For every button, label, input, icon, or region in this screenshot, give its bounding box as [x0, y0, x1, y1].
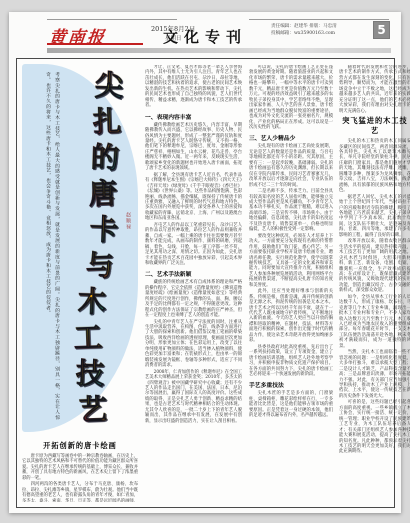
body-paragraph: 藏传佛教绘画艺术历史悠久、内容丰富，早期随佛教传入而兴盛，它以佛经故事、历史人物…: [145, 123, 242, 172]
title-character: 唐: [88, 176, 117, 213]
body-paragraph: 2008年，仁青加创作的《释迦牟尼》在全国工艺美术大师精品展上荣获金奖；2010…: [145, 370, 242, 425]
article-intro-vertical: 考察尖扎的唐卡与木工技艺，给人最大的感受就是创新与发展，就是发展的新度与前景的广…: [25, 72, 61, 420]
header-rule-left: [47, 19, 177, 20]
bottom-left-text: 唐卡原为西藏写等画卷中的一种宗教卷轴画，在历史上，它以其独特的艺术风格和不可替代…: [22, 454, 138, 502]
title-character: 与: [85, 248, 114, 285]
text-column-3: 随着时代的发展和社会的进步，唐卡艺术的制作方式、传承方式和经营方式都在发生深刻的…: [339, 65, 410, 502]
title-character: 尖: [94, 68, 123, 105]
text-column-2: 可以说，尖扎的唐卡绘画工艺正处在蓬勃发展的黄金时期。随着旅游业的兴起和文化市场的…: [249, 65, 333, 502]
body-paragraph: 尖扎木匠的手艺是多方面的，门窗梁柱、桌椅箱柜、雕花彩绘样样在行，一专多能者比比皆…: [249, 391, 333, 418]
title-character: 艺: [78, 392, 107, 429]
page-number-badge: 5: [373, 21, 390, 39]
title-character: 技: [75, 356, 104, 393]
submission-email: 投稿邮箱：wx35900163.com: [271, 31, 369, 38]
body-paragraph: 尖扎的中青年艺人在严守法度的同时，注重从生活中汲取营养，在构图、色彩、线条等方面…: [145, 320, 242, 369]
text-column-1: 才让、正文笔、夏吾才郎等老一辈艺人享誉海内外，其中有维人士尤为引人注目。青年艺人…: [145, 65, 242, 502]
title-panel: 考察尖扎的唐卡与木工技艺，给人最大的感受就是创新与发展，就是发展的新度与前景的广…: [22, 64, 138, 432]
body-paragraph: 四河两沟的各类唐卡艺人，分布于马克唐、康杨、坎布拉、昂拉、尖扎滩等乡镇，星罗棋布…: [22, 482, 138, 502]
section-heading: 手艺多重技法: [249, 380, 333, 389]
body-paragraph: 随着时代的发展和社会的进步，唐卡艺术的制作方式、传承方式和经营方式都在发生深刻的…: [339, 65, 410, 114]
body-paragraph: 二是名师不多，传承乏力。目前全县具有较高知名度的艺人屈指可数，能够独立完成大型作…: [249, 189, 333, 233]
body-paragraph: 才让、正文笔、夏吾才郎等老一辈艺人享誉海内外，其中有维人士尤为引人注目。青年艺人…: [145, 65, 242, 109]
newspaper-sheet: 黄南报 2015年8月2日 星期日 文化专刊 责任编辑：赵建华 排版：马忠清 投…: [9, 12, 401, 513]
section-heading: 三、艺人少精品少: [249, 133, 333, 142]
body-paragraph: 据老艺人回忆，尖扎木工的兴盛始于上个世纪四十年代，当时昂拉千户的宫殿和附近寺院的…: [339, 195, 410, 239]
title-character: 的: [90, 140, 119, 177]
body-paragraph: 藏族的传统绘画艺术有自成体系的理论和严格的操作程序，它完全依照《造像量度经》《佛…: [145, 280, 242, 318]
body-paragraph: 据了解，全县现有唐卡艺人近百名，代表作品有《释迦牟尼本生图》《宗喀巴大师传》《四…: [145, 173, 242, 222]
body-paragraph: 当然，尖扎木工也面临着一些不容忽视的问题：一是组织化程度低，大多单打独斗，难以承…: [339, 350, 410, 399]
body-paragraph: 唐卡原为西藏写等画卷中的一种宗教卷轴画，在历史上，它以其独特的艺术风格和不可替代…: [22, 454, 138, 481]
article-frame: 考察尖扎的唐卡与木工技艺，给人最大的感受就是创新与发展，就是发展的新度与前景的广…: [16, 58, 395, 508]
body-paragraph: 此外，还应当处理好继承与创新的关系。传统是根，创新是魂，离开传统的创新是无源之水…: [249, 289, 333, 344]
body-paragraph: 可以说，尖扎的唐卡绘画工艺正处在蓬勃发展的黄金时期。随着旅游业的兴起和文化市场的…: [249, 65, 333, 130]
body-paragraph: 县委县政府对此高度重视，先后出台了一系列扶持政策，设立了专项资金，建立了唐卡绘画…: [249, 345, 333, 378]
article-author: 赵顺禄: [125, 212, 132, 230]
title-character: 卡: [89, 212, 118, 249]
section-heading-thangka-innovation: 开拓创新的唐卡绘画: [22, 441, 138, 451]
header-divider-band: [47, 48, 391, 53]
title-character: 扎: [92, 104, 121, 141]
body-paragraph: 如今，全县从事木工行业的人员达数千人，形成了康杨、坎布拉、马克唐等几个木工专业乡…: [339, 295, 410, 350]
body-paragraph: 吾屯艺人的作品以工笔重彩见长，尕沙日艺人的作品以写意传神取胜，昂拉艺人的作品则兼…: [145, 223, 242, 267]
body-paragraph: 尖扎的木工和热贡的木工同属安多藏区的民间技艺，两者同源异流，各具特色。尖扎木工以…: [339, 139, 410, 194]
bottom-left-section: 开拓创新的唐卡绘画 唐卡原为西藏写等画卷中的一种宗教卷轴画，在历史上，它以其独特…: [22, 439, 138, 502]
section-heading: 突飞猛进的木工技艺: [339, 116, 410, 136]
header-rule-right: [249, 19, 389, 20]
title-character: 工: [73, 320, 102, 357]
editor-info: 责任编辑：赵建华 排版：马忠清 投稿邮箱：wx35900163.com: [271, 24, 369, 37]
body-paragraph: 改革开放以来，随着农牧区群众生活水平的提高，建房热持续升温，木工技艺有了更加广阔…: [339, 239, 410, 294]
section-heading: 一、表现内容丰富: [145, 112, 242, 121]
body-paragraph: 可喜的是，这些问题已经引起各方面的高度重视，一些乡镇成立了木工协会，实行统一接活…: [339, 400, 410, 455]
newspaper-page: { "header": { "paper_name": "黄南报", "date…: [0, 0, 410, 523]
body-paragraph: 要改变这种状况，必须在人才培养上下功夫。一方面要充分发挥现有名师的传帮带作用，鼓…: [249, 234, 333, 289]
article-title-calligraphy: 尖扎的唐卡与木工技艺: [66, 68, 124, 428]
title-character: 木: [77, 284, 106, 321]
section-heading: 二、艺术手法新颖: [145, 269, 242, 278]
body-paragraph: 尖扎现有的唐卡绘画工艺尚处发展期，无论是艺人的数量还是作品的质量，与吾屯等地相比…: [249, 144, 333, 188]
